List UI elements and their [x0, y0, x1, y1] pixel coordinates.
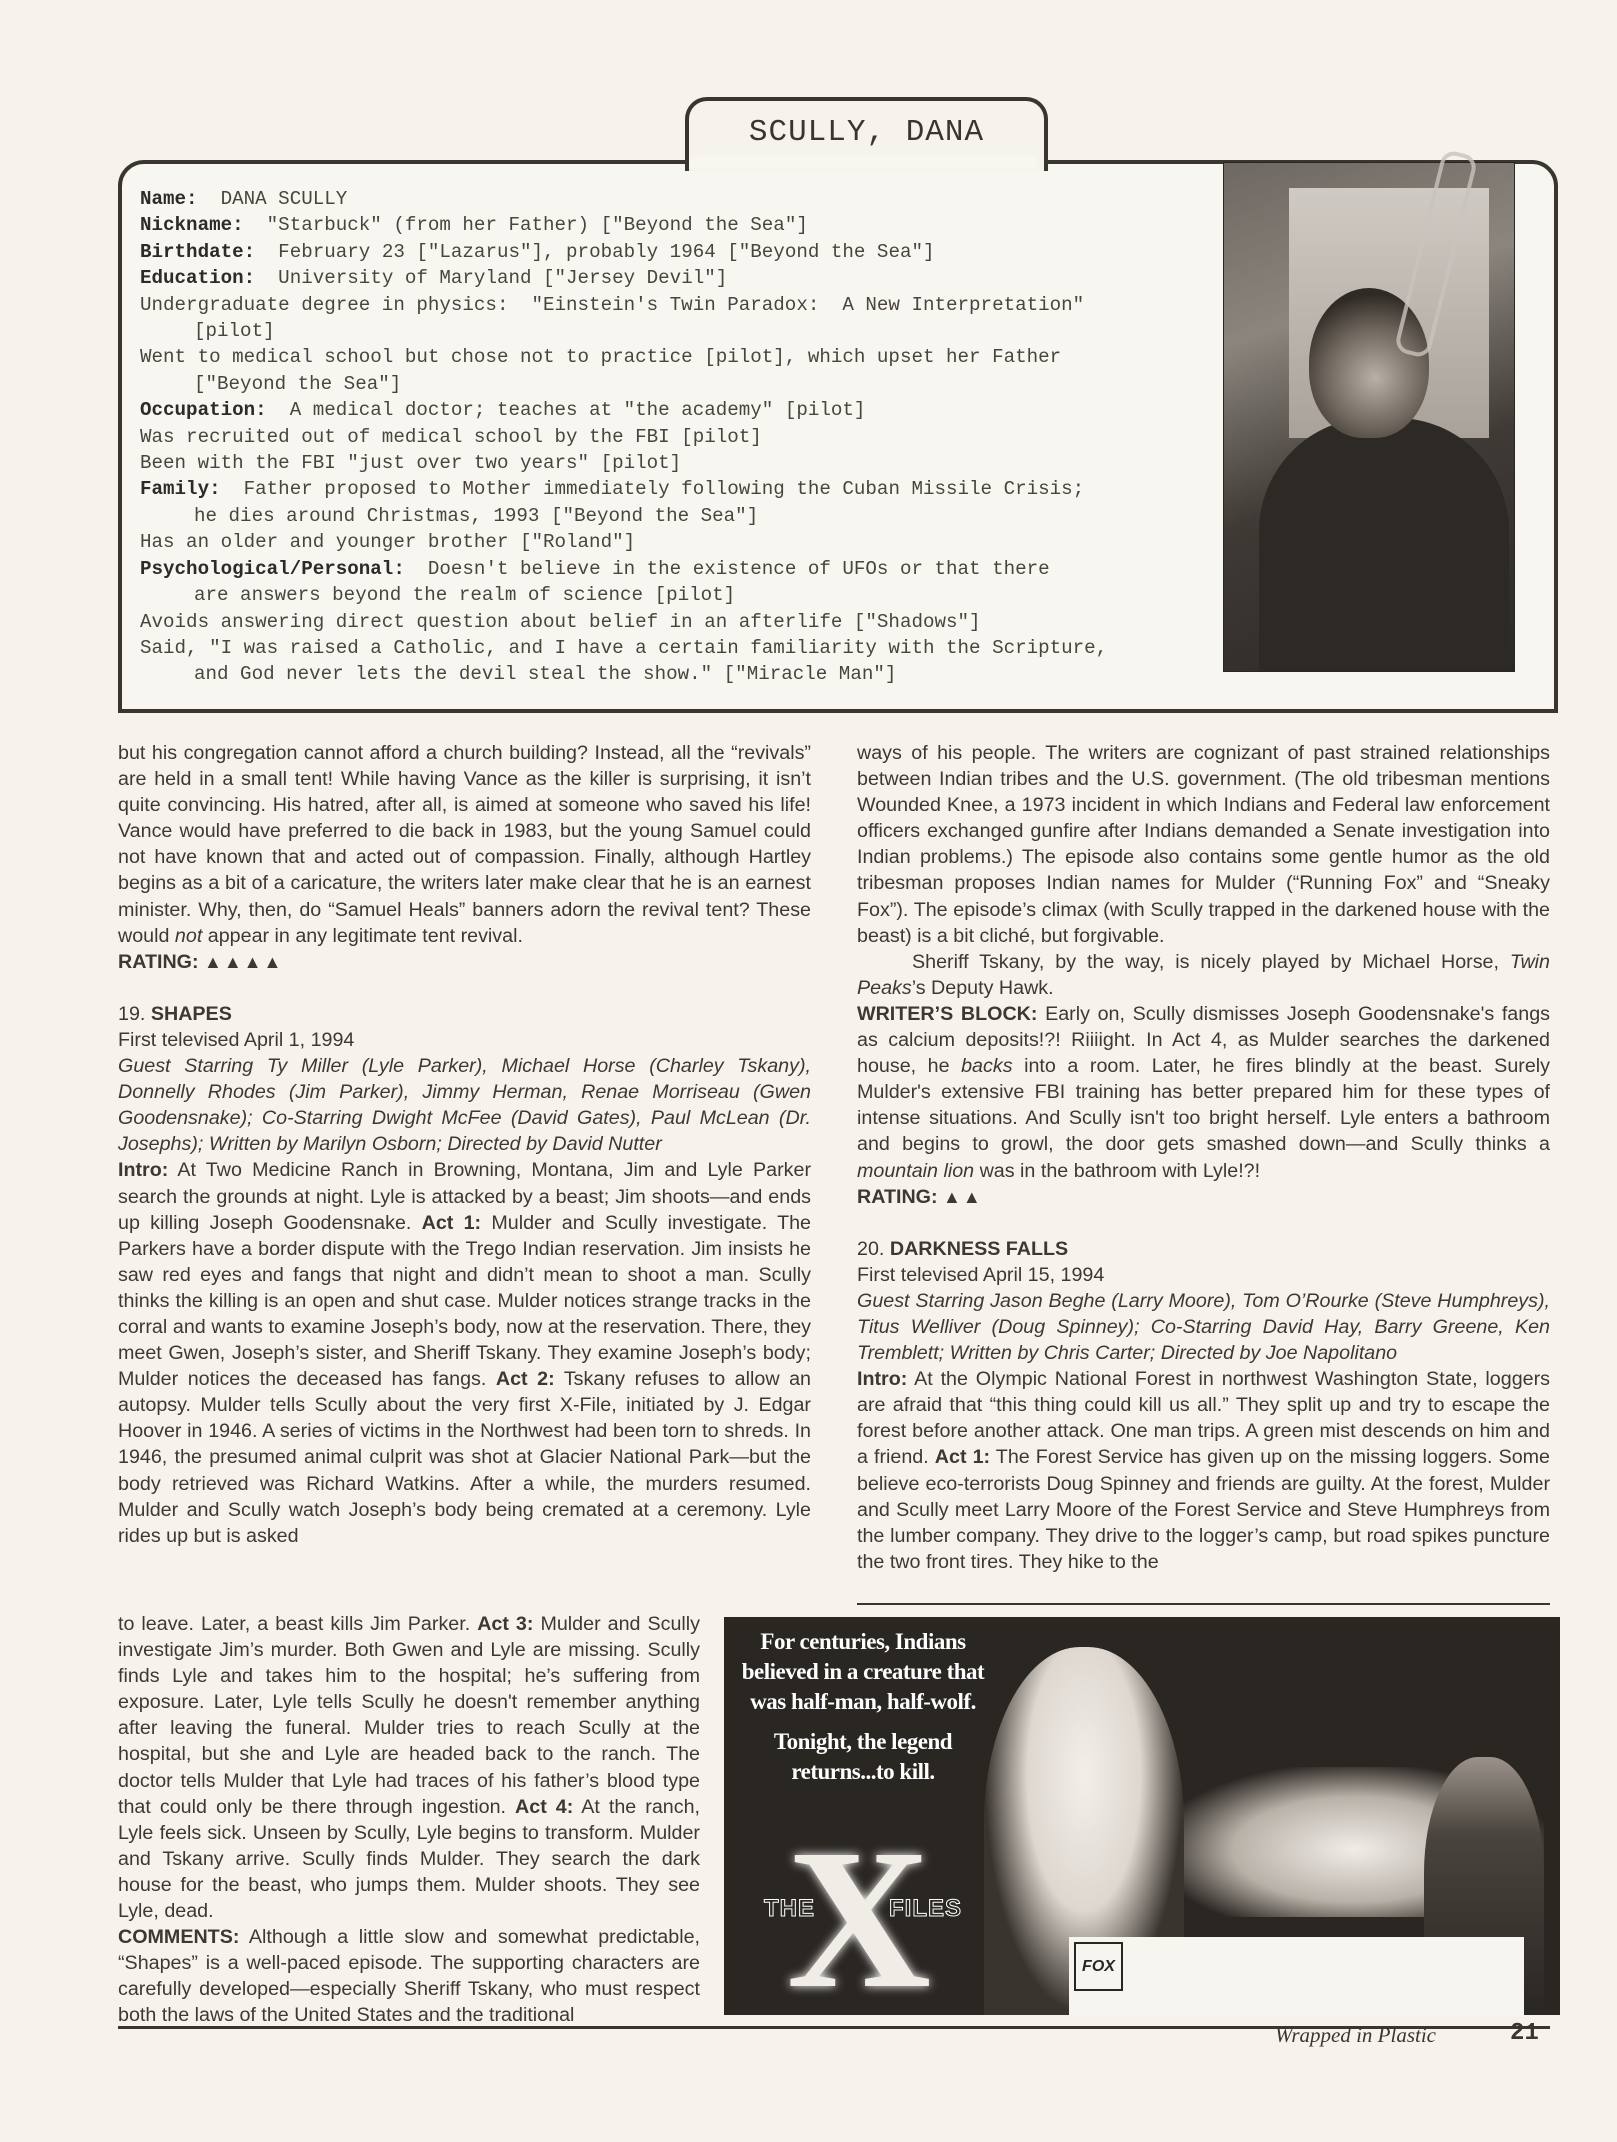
profile-field-label: Occupation: [140, 399, 267, 421]
profile-line: Birthdate: February 23 ["Lazarus"], prob… [140, 239, 1230, 265]
profile-line: Said, "I was raised a Catholic, and I ha… [140, 635, 1230, 661]
profile-field-value: Father proposed to Mother immediately fo… [221, 478, 1085, 500]
tab-join [689, 156, 1036, 168]
profile-title: SCULLY, DANA [689, 115, 1044, 150]
review-continuation: but his congregation cannot afford a chu… [118, 740, 811, 949]
rating: RATING: ▲▲ [857, 1184, 1550, 1210]
profile-line: and God never lets the devil steal the s… [140, 661, 1230, 687]
photo-figure-body [1259, 418, 1509, 671]
episode-credits: Guest Starring Ty Miller (Lyle Parker), … [118, 1053, 811, 1157]
right-column: ways of his people. The writers are cogn… [857, 740, 1550, 1575]
profile-facts: Name: DANA SCULLYNickname: "Starbuck" (f… [140, 186, 1230, 688]
episode-heading: 19. SHAPES [118, 1001, 811, 1027]
profile-field-value: Been with the FBI "just over two years" … [140, 452, 681, 474]
episode-comments: COMMENTS: Although a little slow and som… [118, 1924, 700, 2028]
profile-field-value: DANA SCULLY [198, 188, 348, 210]
xfiles-advertisement: For centuries, Indians believed in a cre… [724, 1617, 1560, 2015]
profile-line: Name: DANA SCULLY [140, 186, 1230, 212]
profile-line: Undergraduate degree in physics: "Einste… [140, 292, 1230, 318]
profile-field-value: he dies around Christmas, 1993 ["Beyond … [194, 505, 758, 527]
profile-field-label: Education: [140, 267, 255, 289]
trivia-paragraph: Sheriff Tskany, by the way, is nicely pl… [857, 949, 1550, 1001]
profile-line: Was recruited out of medical school by t… [140, 424, 1230, 450]
writers-block: WRITER’S BLOCK: Early on, Scully dismiss… [857, 1001, 1550, 1184]
fox-logo-icon: FOX [1074, 1942, 1123, 1991]
profile-line: ["Beyond the Sea"] [140, 371, 1230, 397]
left-column: but his congregation cannot afford a chu… [118, 740, 811, 1549]
episode-airdate: First televised April 15, 1994 [857, 1262, 1550, 1288]
profile-line: Nickname: "Starbuck" (from her Father) [… [140, 212, 1230, 238]
profile-line: Education: University of Maryland ["Jers… [140, 265, 1230, 291]
profile-field-label: Nickname: [140, 214, 244, 236]
rating-triangles-icon: ▲▲ [943, 1187, 983, 1207]
profile-line: he dies around Christmas, 1993 ["Beyond … [140, 503, 1230, 529]
profile-field-value: are answers beyond the realm of science … [194, 584, 735, 606]
profile-field-value: A medical doctor; teaches at "the academ… [267, 399, 866, 421]
left-column-lower: to leave. Later, a beast kills Jim Parke… [118, 1611, 700, 2029]
episode-heading: 20. DARKNESS FALLS [857, 1236, 1550, 1262]
logo-files: FILES [889, 1895, 962, 1923]
profile-field-value: [pilot] [194, 320, 275, 342]
profile-field-label: Psychological/Personal: [140, 558, 405, 580]
profile-line: Psychological/Personal: Doesn't believe … [140, 556, 1230, 582]
profile-line: Avoids answering direct question about b… [140, 609, 1230, 635]
profile-line: Been with the FBI "just over two years" … [140, 450, 1230, 476]
comments-continuation: ways of his people. The writers are cogn… [857, 740, 1550, 949]
episode-synopsis: Intro: At the Olympic National Forest in… [857, 1366, 1550, 1575]
profile-field-label: Name: [140, 188, 198, 210]
episode-synopsis-cont: to leave. Later, a beast kills Jim Parke… [118, 1611, 700, 1924]
page-number: 21 [1510, 2020, 1539, 2047]
profile-line: Has an older and younger brother ["Rolan… [140, 529, 1230, 555]
profile-field-value: "Starbuck" (from her Father) ["Beyond th… [244, 214, 808, 236]
profile-field-value: Doesn't believe in the existence of UFOs… [405, 558, 1050, 580]
publication-name: Wrapped in Plastic [1275, 2023, 1436, 2048]
profile-field-value: and God never lets the devil steal the s… [194, 663, 896, 685]
profile-field-label: Birthdate: [140, 241, 255, 263]
profile-line: Family: Father proposed to Mother immedi… [140, 476, 1230, 502]
logo-the: THE [764, 1895, 815, 1923]
ad-listing-box [1069, 1937, 1524, 2015]
profile-line: Went to medical school but chose not to … [140, 344, 1230, 370]
divider [857, 1603, 1550, 1605]
scully-photo [1223, 162, 1515, 672]
profile-field-value: Said, "I was raised a Catholic, and I ha… [140, 637, 1107, 659]
profile-line: Occupation: A medical doctor; teaches at… [140, 397, 1230, 423]
profile-line: [pilot] [140, 318, 1230, 344]
ad-headline: For centuries, Indians believed in a cre… [738, 1627, 988, 1717]
profile-field-value: Went to medical school but chose not to … [140, 346, 1061, 368]
episode-synopsis: Intro: At Two Medicine Ranch in Browning… [118, 1157, 811, 1548]
profile-field-label: Family: [140, 478, 221, 500]
profile-field-value: University of Maryland ["Jersey Devil"] [255, 267, 727, 289]
rating-triangles-icon: ▲▲▲▲ [204, 952, 283, 972]
episode-credits: Guest Starring Jason Beghe (Larry Moore)… [857, 1288, 1550, 1366]
profile-field-value: Has an older and younger brother ["Rolan… [140, 531, 635, 553]
rating: RATING: ▲▲▲▲ [118, 949, 811, 975]
profile-field-value: Avoids answering direct question about b… [140, 611, 981, 633]
profile-field-value: Undergraduate degree in physics: "Einste… [140, 294, 1084, 316]
ad-tagline: Tonight, the legend returns...to kill. [738, 1727, 988, 1787]
profile-field-value: February 23 ["Lazarus"], probably 1964 [… [255, 241, 934, 263]
episode-airdate: First televised April 1, 1994 [118, 1027, 811, 1053]
profile-line: are answers beyond the realm of science … [140, 582, 1230, 608]
profile-field-value: ["Beyond the Sea"] [194, 373, 401, 395]
profile-field-value: Was recruited out of medical school by t… [140, 426, 762, 448]
